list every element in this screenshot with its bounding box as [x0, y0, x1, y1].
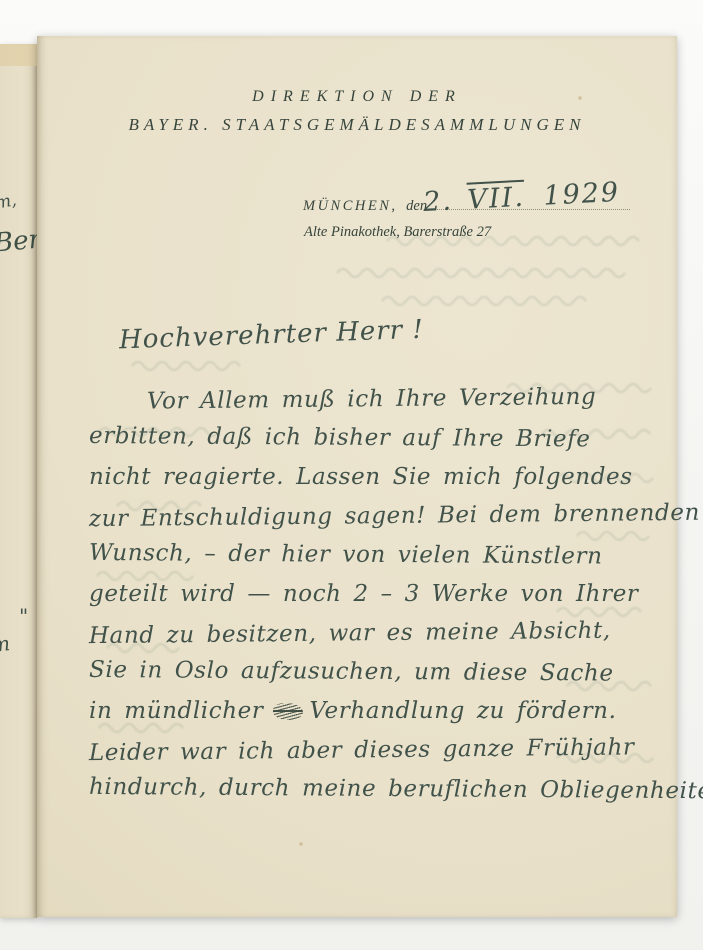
- body-line: Vor Allem muß ich Ihre Verzeihung: [89, 383, 689, 428]
- body-line-post: Verhandlung zu fördern.: [309, 698, 616, 724]
- city-label: MÜNCHEN,: [303, 198, 398, 214]
- body-line: Hand zu besitzen, war es meine Absicht,: [89, 617, 689, 662]
- body-line-pre: in mündlicher: [89, 698, 263, 724]
- date-year: 1929: [543, 177, 621, 212]
- date-dotted-line: 2. VII. 1929: [430, 196, 630, 210]
- body-line-with-strikeout: in mündlicherVerhandlung zu fördern.: [89, 698, 689, 737]
- letter-body: Vor Allem muß ich Ihre Verzeihung erbitt…: [89, 386, 689, 815]
- scanned-letter-scene: m, Ben, " m DIREKTION DER: [0, 0, 703, 950]
- body-line: erbitten, daß ich bisher auf Ihre Briefe: [89, 423, 689, 466]
- letterhead-line1: DIREKTION DER: [37, 88, 677, 106]
- body-line: Sie in Oslo aufzusuchen, um diese Sache: [89, 657, 689, 700]
- body-line: hindurch, durch meine beruflichen Oblieg…: [89, 774, 689, 817]
- adjacent-page-fragment: m,: [0, 190, 18, 213]
- paper-speck: [299, 842, 303, 846]
- strikeout-scribble: [273, 703, 303, 720]
- letterhead: DIREKTION DER BAYER. STAATSGEMÄLDESAMMLU…: [37, 88, 677, 135]
- adjacent-page-fragment: ": [19, 604, 28, 628]
- letterhead-line2: BAYER. STAATSGEMÄLDESAMMLUNGEN: [37, 115, 677, 135]
- letter-page: DIREKTION DER BAYER. STAATSGEMÄLDESAMMLU…: [37, 36, 677, 917]
- date-month: VII.: [467, 182, 526, 216]
- body-line: zur Entschuldigung sagen! Bei dem brenne…: [89, 500, 689, 545]
- body-line: nicht reagierte. Lassen Sie mich folgend…: [89, 464, 689, 503]
- body-line: Leider war ich aber dieses ganze Frühjah…: [89, 734, 689, 779]
- address-line: Alte Pinakothek, Barerstraße 27: [304, 224, 491, 241]
- date-day: 2.: [422, 185, 453, 218]
- dateline: MÜNCHEN, den 2. VII. 1929: [303, 196, 630, 215]
- paper-discoloration: [0, 44, 37, 66]
- body-line: geteilt wird — noch 2 – 3 Werke von Ihre…: [89, 581, 689, 620]
- body-line: Wunsch, – der hier von vielen Künstlern: [89, 540, 689, 583]
- folded-page-edge: [0, 44, 37, 918]
